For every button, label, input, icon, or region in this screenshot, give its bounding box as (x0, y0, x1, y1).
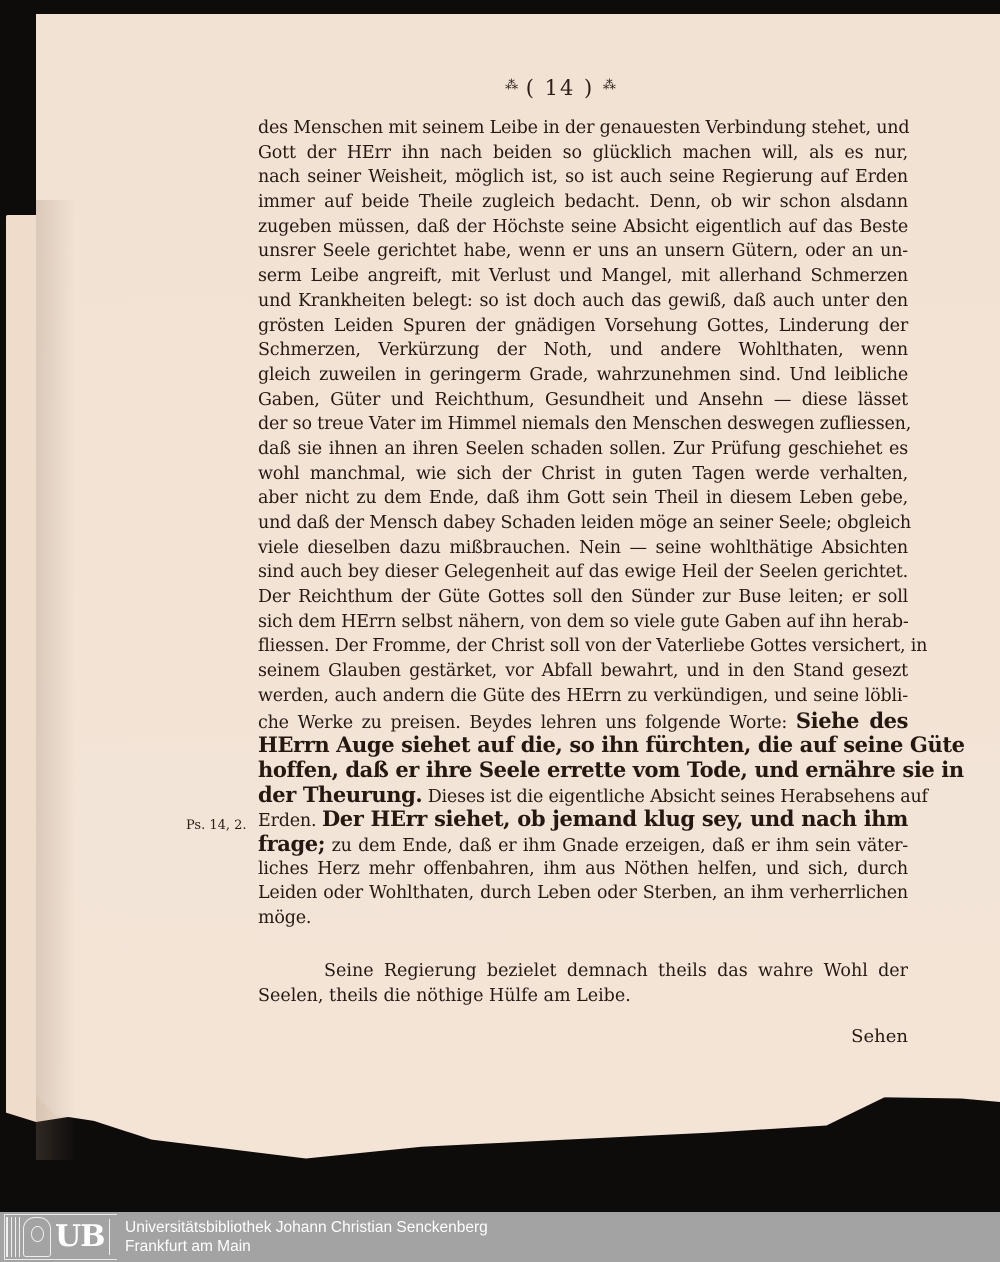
scripture-quote: Der HErr siehet, ob jemand klug sey, und… (322, 806, 908, 831)
text-line: immer auf beide Theile zugleich bedacht.… (258, 190, 908, 215)
scripture-quote: HErrn Auge siehet auf die, so ihn fürcht… (258, 732, 965, 757)
paragraph-2: Seine Regierung bezielet demnach theils … (258, 958, 908, 1007)
text-line: möge. (258, 906, 908, 931)
text-line: und daß der Mensch dabey Schaden leiden … (258, 511, 908, 536)
text-line: und Krankheiten belegt: so ist doch auch… (258, 289, 908, 314)
columns-icon (6, 1217, 21, 1257)
asterism-ornament-icon: ⁂ (603, 78, 615, 93)
text-line: Erden. Der HErr siehet, ob jemand klug s… (258, 807, 908, 832)
text-line: fliessen. Der Fromme, der Christ soll vo… (258, 634, 908, 659)
text-line: frage; zu dem Ende, daß er ihm Gnade erz… (258, 832, 908, 857)
text-line: che Werke zu preisen. Beydes lehren uns … (258, 709, 908, 734)
asterism-ornament-icon: ⁂ (505, 78, 517, 93)
text-line: werden, auch andern die Güte des HErrn z… (258, 684, 908, 709)
text-line: unsrer Seele gerichtet habe, wenn er uns… (258, 239, 908, 264)
library-name-line2: Frankfurt am Main (125, 1237, 488, 1256)
text-line: der Theurung. Dieses ist die eigentliche… (258, 783, 908, 808)
scripture-quote: Siehe des (796, 708, 908, 733)
page-fold-shadow (36, 200, 76, 1160)
body-text: des Menschen mit seinem Leibe in der gen… (258, 116, 908, 931)
scripture-quote: hoffen, daß er ihre Seele errette vom To… (258, 757, 964, 782)
text-line: Seine Regierung bezielet demnach theils … (258, 958, 908, 983)
text-line: sind auch bey dieser Gelegenheit auf das… (258, 560, 908, 585)
text-run: zu dem Ende, daß er ihm Gnade erzeigen, … (325, 836, 908, 856)
text-line: Gott der HErr ihn nach beiden so glückli… (258, 141, 908, 166)
text-line: Schmerzen, Verkürzung der Noth, und ande… (258, 338, 908, 363)
scripture-quote: der Theurung. (258, 782, 422, 807)
text-line: liches Herz mehr offenbahren, ihm aus Nö… (258, 857, 908, 882)
text-line: daß sie ihnen an ihren Seelen schaden so… (258, 437, 908, 462)
page-number: ( 14 ) (526, 76, 594, 100)
text-line: hoffen, daß er ihre Seele errette vom To… (258, 758, 908, 783)
text-line: der so treue Vater im Himmel niemals den… (258, 412, 908, 437)
text-line: sich dem HErrn selbst nähern, von dem so… (258, 610, 908, 635)
text-line: Leiden oder Wohlthaten, durch Leben oder… (258, 881, 908, 906)
text-line: nach seiner Weisheit, möglich ist, so is… (258, 165, 908, 190)
text-line: HErrn Auge siehet auf die, so ihn fürcht… (258, 733, 908, 758)
text-line: Der Reichthum der Güte Gottes soll den S… (258, 585, 908, 610)
running-header: ⁂ ( 14 ) ⁂ (460, 76, 660, 100)
library-name: Universitätsbibliothek Johann Christian … (125, 1218, 488, 1256)
scripture-quote: frage; (258, 831, 325, 856)
library-logo: UB (4, 1214, 117, 1260)
text-line: wohl manchmal, wie sich der Christ in gu… (258, 462, 908, 487)
text-line: des Menschen mit seinem Leibe in der gen… (258, 116, 908, 141)
text-line: Gaben, Güter und Reichthum, Gesundheit u… (258, 388, 908, 413)
text-line: aber nicht zu dem Ende, daß ihm Gott sei… (258, 486, 908, 511)
library-name-line1: Universitätsbibliothek Johann Christian … (125, 1218, 488, 1237)
portrait-icon (23, 1217, 51, 1257)
margin-reference: Ps. 14, 2. (186, 818, 247, 833)
scan-background: ⁂ ( 14 ) ⁂ des Menschen mit seinem Leibe… (0, 0, 1000, 1212)
text-line: serm Leibe angreift, mit Verlust und Man… (258, 264, 908, 289)
text-line: grösten Leiden Spuren der gnädigen Vorse… (258, 314, 908, 339)
catchword: Sehen (851, 1026, 908, 1047)
ub-logo-text: UB (55, 1219, 110, 1255)
text-line: gleich zuweilen in geringerm Grade, wahr… (258, 363, 908, 388)
text-run: Erden. (258, 811, 322, 831)
library-footer-bar: UB Universitätsbibliothek Johann Christi… (0, 1212, 1000, 1262)
text-run: Dieses ist die eigentliche Absicht seine… (422, 787, 928, 807)
text-line: zugeben müssen, daß der Höchste seine Ab… (258, 215, 908, 240)
text-line: seinem Glauben gestärket, vor Abfall bew… (258, 659, 908, 684)
text-line: viele dieselben dazu mißbrauchen. Nein —… (258, 536, 908, 561)
text-line: Seelen, theils die nöthige Hülfe am Leib… (258, 983, 908, 1008)
text-run: che Werke zu preisen. Beydes lehren uns … (258, 713, 796, 733)
